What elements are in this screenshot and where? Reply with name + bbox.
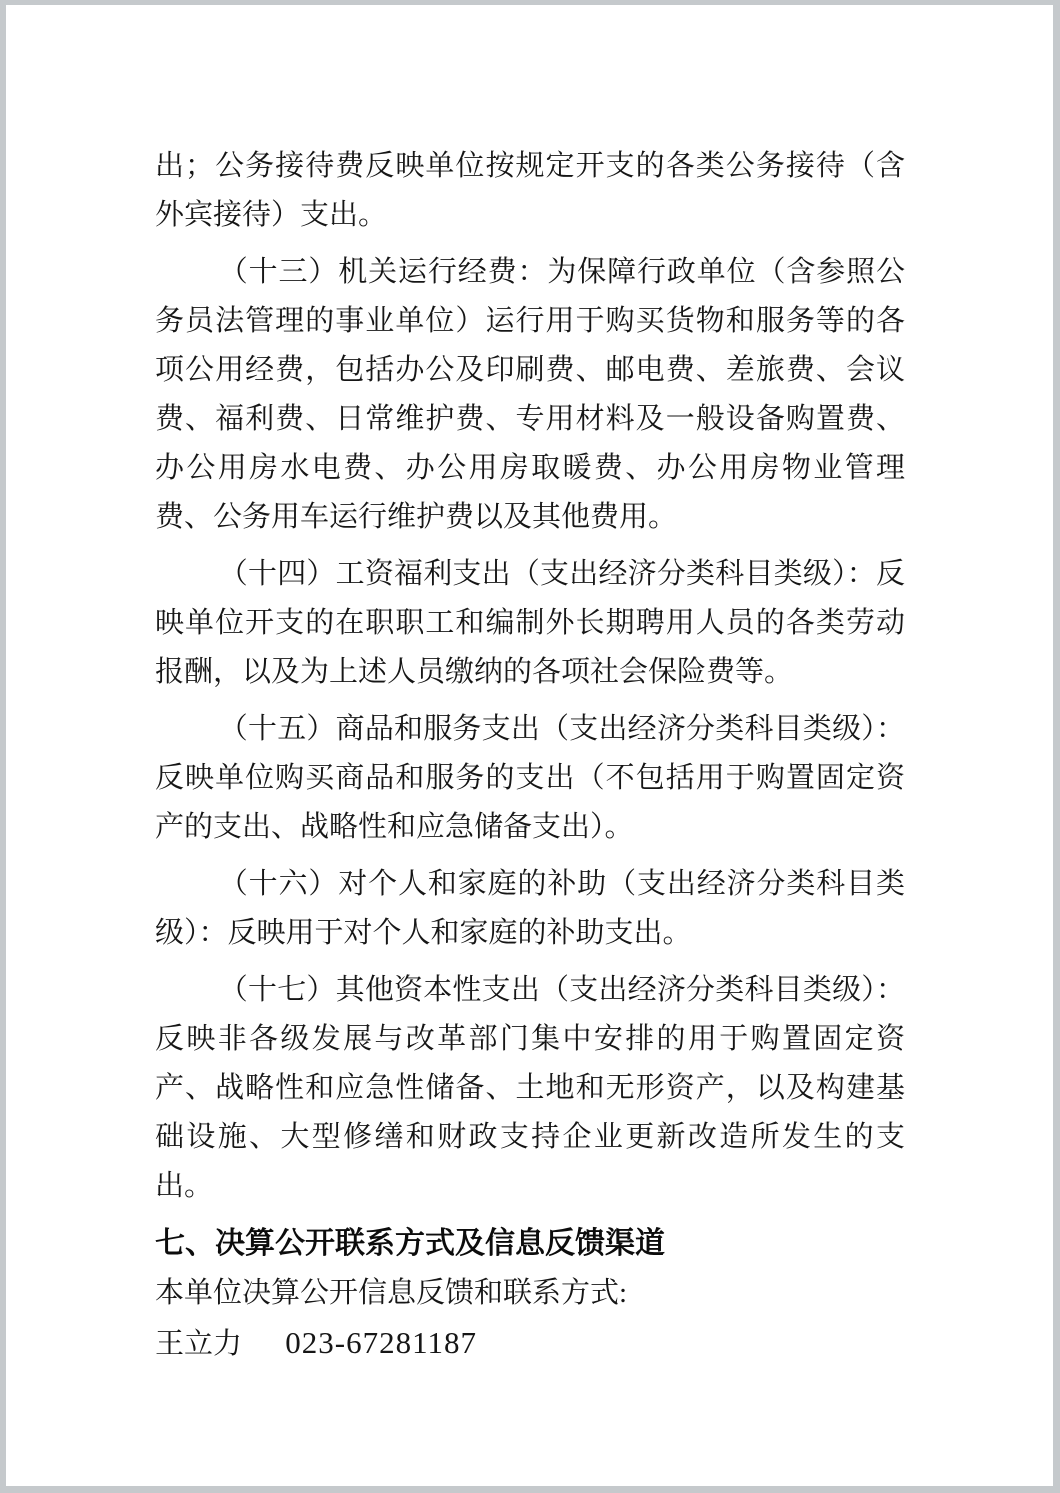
contact-line: 王立力 023-67281187	[155, 1318, 905, 1369]
paragraph-item-13: （十三）机关运行经费：为保障行政单位（含参照公务员法管理的事业单位）运行用于购买…	[155, 248, 905, 542]
paragraph-continuation: 出；公务接待费反映单位按规定开支的各类公务接待（含外宾接待）支出。	[155, 142, 905, 240]
paragraph-item-17: （十七）其他资本性支出（支出经济分类科目类级）：反映非各级发展与改革部门集中安排…	[155, 966, 905, 1211]
paragraph-item-14: （十四）工资福利支出（支出经济分类科目类级）：反映单位开支的在职职工和编制外长期…	[155, 550, 905, 697]
paragraph-item-15: （十五）商品和服务支出（支出经济分类科目类级）：反映单位购买商品和服务的支出（不…	[155, 705, 905, 852]
paragraph-item-16: （十六）对个人和家庭的补助（支出经济分类科目类级）：反映用于对个人和家庭的补助支…	[155, 860, 905, 958]
section-heading: 七、决算公开联系方式及信息反馈渠道	[155, 1219, 905, 1268]
contact-phone: 023-67281187	[285, 1318, 477, 1368]
contact-intro: 本单位决算公开信息反馈和联系方式:	[155, 1268, 905, 1318]
document-content: 出；公务接待费反映单位按规定开支的各类公务接待（含外宾接待）支出。 （十三）机关…	[155, 142, 905, 1369]
scanned-document-canvas: 出；公务接待费反映单位按规定开支的各类公务接待（含外宾接待）支出。 （十三）机关…	[0, 0, 1060, 1493]
document-page: 出；公务接待费反映单位按规定开支的各类公务接待（含外宾接待）支出。 （十三）机关…	[6, 5, 1053, 1486]
contact-name: 王立力	[155, 1328, 242, 1360]
